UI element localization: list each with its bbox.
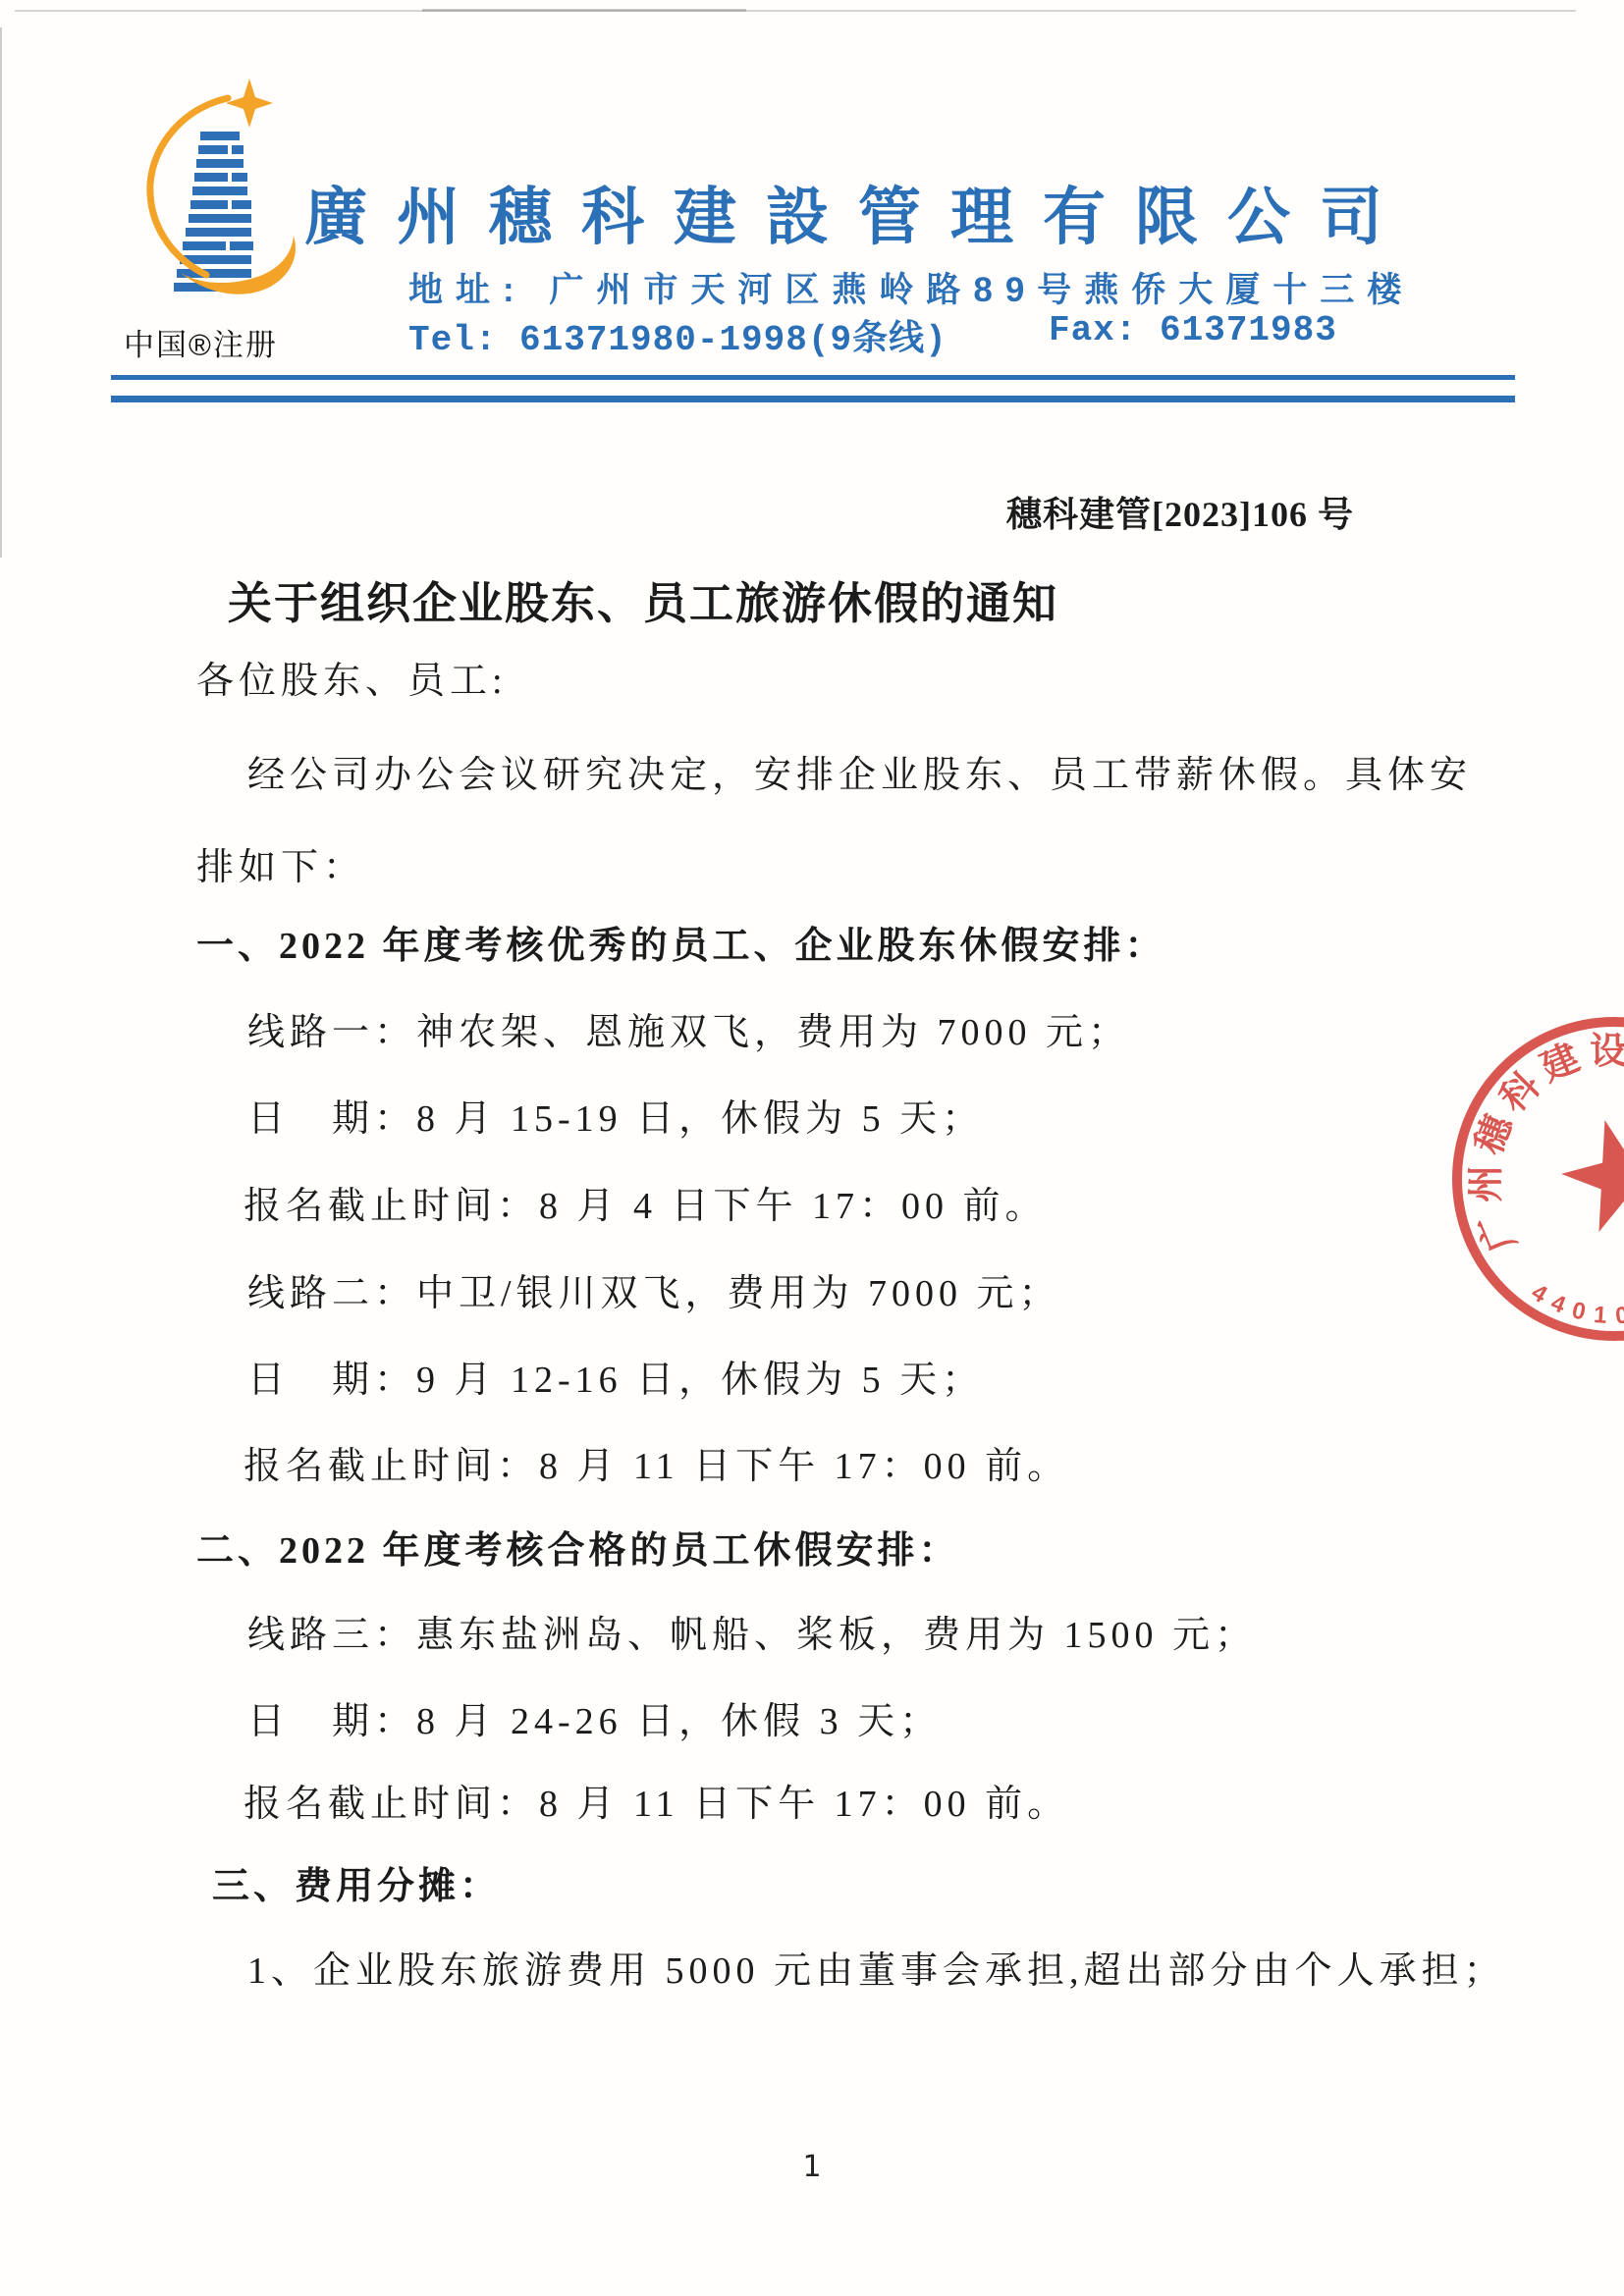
document-title: 关于组织企业股东、员工旅游休假的通知 (147, 567, 1139, 631)
section-2-item: 报名截止时间：8 月 11 日下午 17：00 前。 (244, 1773, 1069, 1827)
section-3-item: 1、企业股东旅游费用 5000 元由董事会承担,超出部分由个人承担； (247, 1940, 1506, 1994)
section-1-item: 日 期：8 月 15-19 日，休假为 5 天； (247, 1088, 984, 1142)
company-address: 地址: 广州市天河区燕岭路89号燕侨大厦十三楼 (408, 263, 1414, 312)
scan-artifact-line (422, 9, 746, 12)
company-seal-stamp: 广州穗科建设管理有限公司 4401061 (1447, 1012, 1624, 1346)
section-3-heading: 三、费用分摊： (212, 1855, 501, 1909)
section-1-item: 线路二：中卫/银川双飞，费用为 7000 元； (247, 1262, 1061, 1316)
round-seal-icon: 广州穗科建设管理有限公司 4401061 (1447, 1012, 1624, 1346)
section-1-item: 报名截止时间：8 月 11 日下午 17：00 前。 (244, 1435, 1069, 1489)
section-2-item: 日 期：8 月 24-26 日，休假 3 天； (247, 1690, 942, 1744)
company-name: 廣州穗科建設管理有限公司 (304, 167, 1412, 257)
company-logo (130, 71, 306, 326)
section-1-item: 报名截止时间：8 月 4 日下午 17：00 前。 (244, 1175, 1048, 1229)
header-divider-rule (111, 375, 1515, 402)
scan-artifact-line (15, 10, 1576, 12)
section-2-item: 线路三：惠东盐洲岛、帆船、桨板，费用为 1500 元； (247, 1604, 1257, 1658)
seal-arc-company-text: 广州穗科建设管理有限公司 (1447, 1012, 1624, 1257)
section-1-item: 线路一：神农架、恩施双飞，费用为 7000 元； (247, 1001, 1130, 1055)
section-2-heading: 二、2022 年度考核合格的员工休假安排： (196, 1520, 960, 1574)
salutation: 各位股东、员工: (196, 650, 508, 704)
seal-star-icon (1550, 1105, 1624, 1237)
scan-artifact-line (0, 27, 2, 558)
scanned-notice-page: 廣州穗科建設管理有限公司 中国®注册 地址: 广州市天河区燕岭路89号燕侨大厦十… (0, 0, 1624, 2296)
section-1-item: 日 期：9 月 12-16 日，休假为 5 天； (247, 1349, 984, 1403)
company-tel: Tel: 61371980-1998(9条线) (408, 310, 947, 360)
company-fax: Fax: 61371983 (1049, 310, 1337, 350)
registered-trademark-label: 中国®注册 (124, 320, 278, 364)
page-number: 1 (0, 2150, 1624, 2184)
section-1-heading: 一、2022 年度考核优秀的员工、企业股东休假安排： (196, 915, 1166, 969)
building-sparkle-logo-icon (130, 71, 306, 321)
intro-line: 排如下： (196, 836, 365, 890)
svg-text:广州穗科建设管理有限公司: 广州穗科建设管理有限公司 (1447, 1012, 1624, 1257)
document-number: 穗科建管[2023]106 号 (1006, 487, 1354, 537)
intro-line: 经公司办公会议研究决定，安排企业股东、员工带薪休假。具体安 (247, 744, 1472, 798)
